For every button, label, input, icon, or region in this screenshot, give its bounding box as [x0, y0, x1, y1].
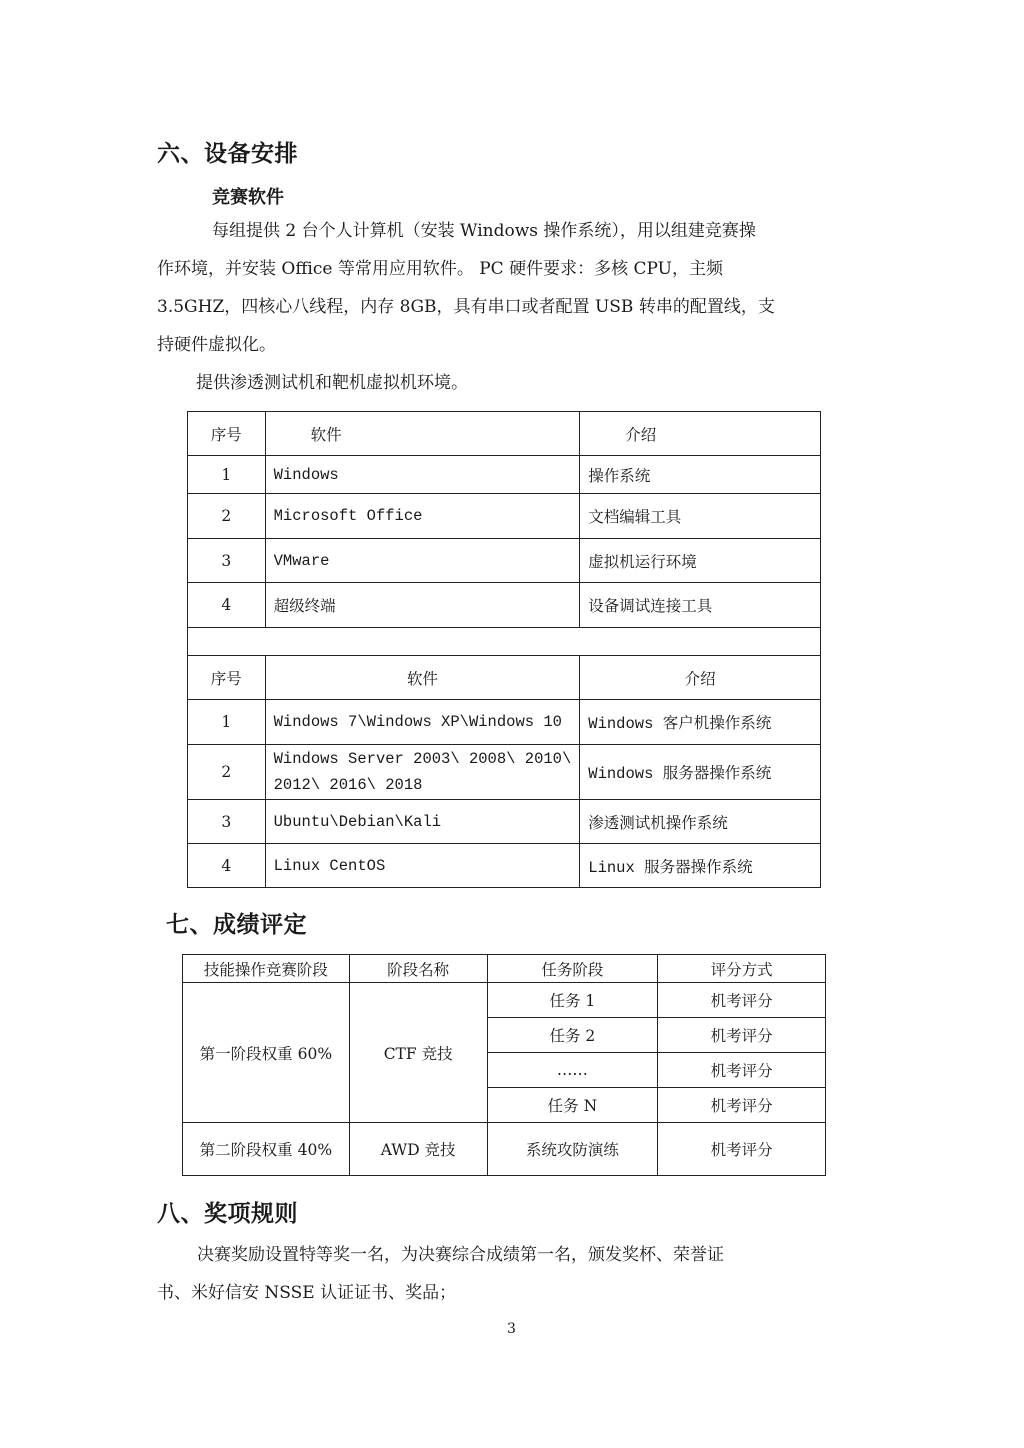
paragraph-line: 作环境，并安装 Office 等常用应用软件。 PC 硬件要求：多核 CPU，主… — [157, 250, 857, 288]
cell-scoring: 机考评分 — [658, 983, 826, 1018]
section-6-subheading: 竞赛软件 — [212, 183, 284, 209]
cell-index: 1 — [188, 700, 266, 745]
header-cell: 介绍 — [580, 656, 821, 700]
cell-description: 文档编辑工具 — [580, 494, 821, 539]
cell-software: Linux CentOS — [265, 844, 580, 888]
header-cell: 介绍 — [580, 412, 821, 456]
table-row: 4 超级终端 设备调试连接工具 — [188, 583, 821, 628]
cell-software: Ubuntu\Debian\Kali — [265, 800, 580, 844]
paragraph-line: 持硬件虚拟化。 — [157, 326, 857, 364]
cell-line: 2012\ 2016\ 2018 — [274, 772, 572, 798]
cell-task: …… — [487, 1053, 658, 1088]
cell-software: Windows — [265, 456, 580, 494]
table-row: 第二阶段权重 40% AWD 竞技 系统攻防演练 机考评分 — [183, 1123, 826, 1176]
cell-index: 3 — [188, 539, 266, 583]
paragraph-line: 书、米好信安 NSSE 认证证书、奖品； — [157, 1274, 857, 1312]
table-row: 2 Microsoft Office 文档编辑工具 — [188, 494, 821, 539]
header-cell: 技能操作竞赛阶段 — [183, 955, 350, 983]
cell-scoring: 机考评分 — [658, 1088, 826, 1123]
table-row: 1 Windows 操作系统 — [188, 456, 821, 494]
table-header-row: 序号 软件 介绍 — [188, 412, 821, 456]
cell-description: Windows 服务器操作系统 — [580, 745, 821, 800]
cell-index: 1 — [188, 456, 266, 494]
cell-software: Microsoft Office — [265, 494, 580, 539]
page-number: 3 — [507, 1321, 516, 1337]
cell-scoring: 机考评分 — [658, 1018, 826, 1053]
cell-index: 4 — [188, 844, 266, 888]
cell-task: 系统攻防演练 — [487, 1123, 658, 1176]
cell-description: 操作系统 — [580, 456, 821, 494]
table-spacer-row — [188, 628, 821, 656]
section-6-heading: 六、设备安排 — [157, 135, 298, 168]
header-cell: 软件 — [265, 656, 580, 700]
scoring-table: 技能操作竞赛阶段 阶段名称 任务阶段 评分方式 第一阶段权重 60% CTF 竞… — [182, 954, 826, 1176]
table-header-row: 技能操作竞赛阶段 阶段名称 任务阶段 评分方式 — [183, 955, 826, 983]
paragraph-line: 每组提供 2 台个人计算机（安装 Windows 操作系统），用以组建竞赛操 — [212, 221, 756, 241]
cell-scoring: 机考评分 — [658, 1053, 826, 1088]
cell-software: VMware — [265, 539, 580, 583]
cell-index: 4 — [188, 583, 266, 628]
header-cell: 任务阶段 — [487, 955, 658, 983]
table-row: 1 Windows 7\Windows XP\Windows 10 Window… — [188, 700, 821, 745]
cell-stage: 第二阶段权重 40% — [183, 1123, 350, 1176]
section-6-paragraph: 每组提供 2 台个人计算机（安装 Windows 操作系统），用以组建竞赛操 作… — [157, 212, 857, 364]
cell-description: 虚拟机运行环境 — [580, 539, 821, 583]
header-cell: 阶段名称 — [349, 955, 487, 983]
cell-description: 渗透测试机操作系统 — [580, 800, 821, 844]
table-row: 4 Linux CentOS Linux 服务器操作系统 — [188, 844, 821, 888]
paragraph-line: 3.5GHZ，四核心八线程，内存 8GB，具有串口或者配置 USB 转串的配置线… — [157, 288, 857, 326]
cell-stage-name: AWD 竞技 — [349, 1123, 487, 1176]
table-row: 2 Windows Server 2003\ 2008\ 2010\ 2012\… — [188, 745, 821, 800]
cell-index: 2 — [188, 745, 266, 800]
table-row: 第一阶段权重 60% CTF 竞技 任务 1 机考评分 — [183, 983, 826, 1018]
cell-software: Windows Server 2003\ 2008\ 2010\ 2012\ 2… — [265, 745, 580, 800]
table-row: 3 VMware 虚拟机运行环境 — [188, 539, 821, 583]
cell-task: 任务 1 — [487, 983, 658, 1018]
cell-stage: 第一阶段权重 60% — [183, 983, 350, 1123]
table-row: 3 Ubuntu\Debian\Kali 渗透测试机操作系统 — [188, 800, 821, 844]
cell-index: 3 — [188, 800, 266, 844]
header-cell: 评分方式 — [658, 955, 826, 983]
cell-description: Windows 客户机操作系统 — [580, 700, 821, 745]
cell-index: 2 — [188, 494, 266, 539]
cell-stage-name: CTF 竞技 — [349, 983, 487, 1123]
section-6-paragraph-2: 提供渗透测试机和靶机虚拟机环境。 — [196, 368, 468, 393]
section-7-heading: 七、成绩评定 — [166, 906, 307, 939]
cell-task: 任务 N — [487, 1088, 658, 1123]
cell-software: 超级终端 — [265, 583, 580, 628]
cell-scoring: 机考评分 — [658, 1123, 826, 1176]
paragraph-line: 决赛奖励设置特等奖一名，为决赛综合成绩第一名，颁发奖杯、荣誉证 — [197, 1245, 724, 1265]
cell-description: 设备调试连接工具 — [580, 583, 821, 628]
software-table: 序号 软件 介绍 1 Windows 操作系统 2 Microsoft Offi… — [187, 411, 821, 888]
header-cell: 软件 — [265, 412, 580, 456]
header-cell: 序号 — [188, 656, 266, 700]
section-8-heading: 八、奖项规则 — [157, 1195, 298, 1228]
table-header-row: 序号 软件 介绍 — [188, 656, 821, 700]
cell-description: Linux 服务器操作系统 — [580, 844, 821, 888]
header-cell: 序号 — [188, 412, 266, 456]
cell-task: 任务 2 — [487, 1018, 658, 1053]
cell-line: Windows Server 2003\ 2008\ 2010\ — [274, 746, 572, 772]
section-8-paragraph: 决赛奖励设置特等奖一名，为决赛综合成绩第一名，颁发奖杯、荣誉证 书、米好信安 N… — [157, 1236, 857, 1312]
cell-software: Windows 7\Windows XP\Windows 10 — [265, 700, 580, 745]
